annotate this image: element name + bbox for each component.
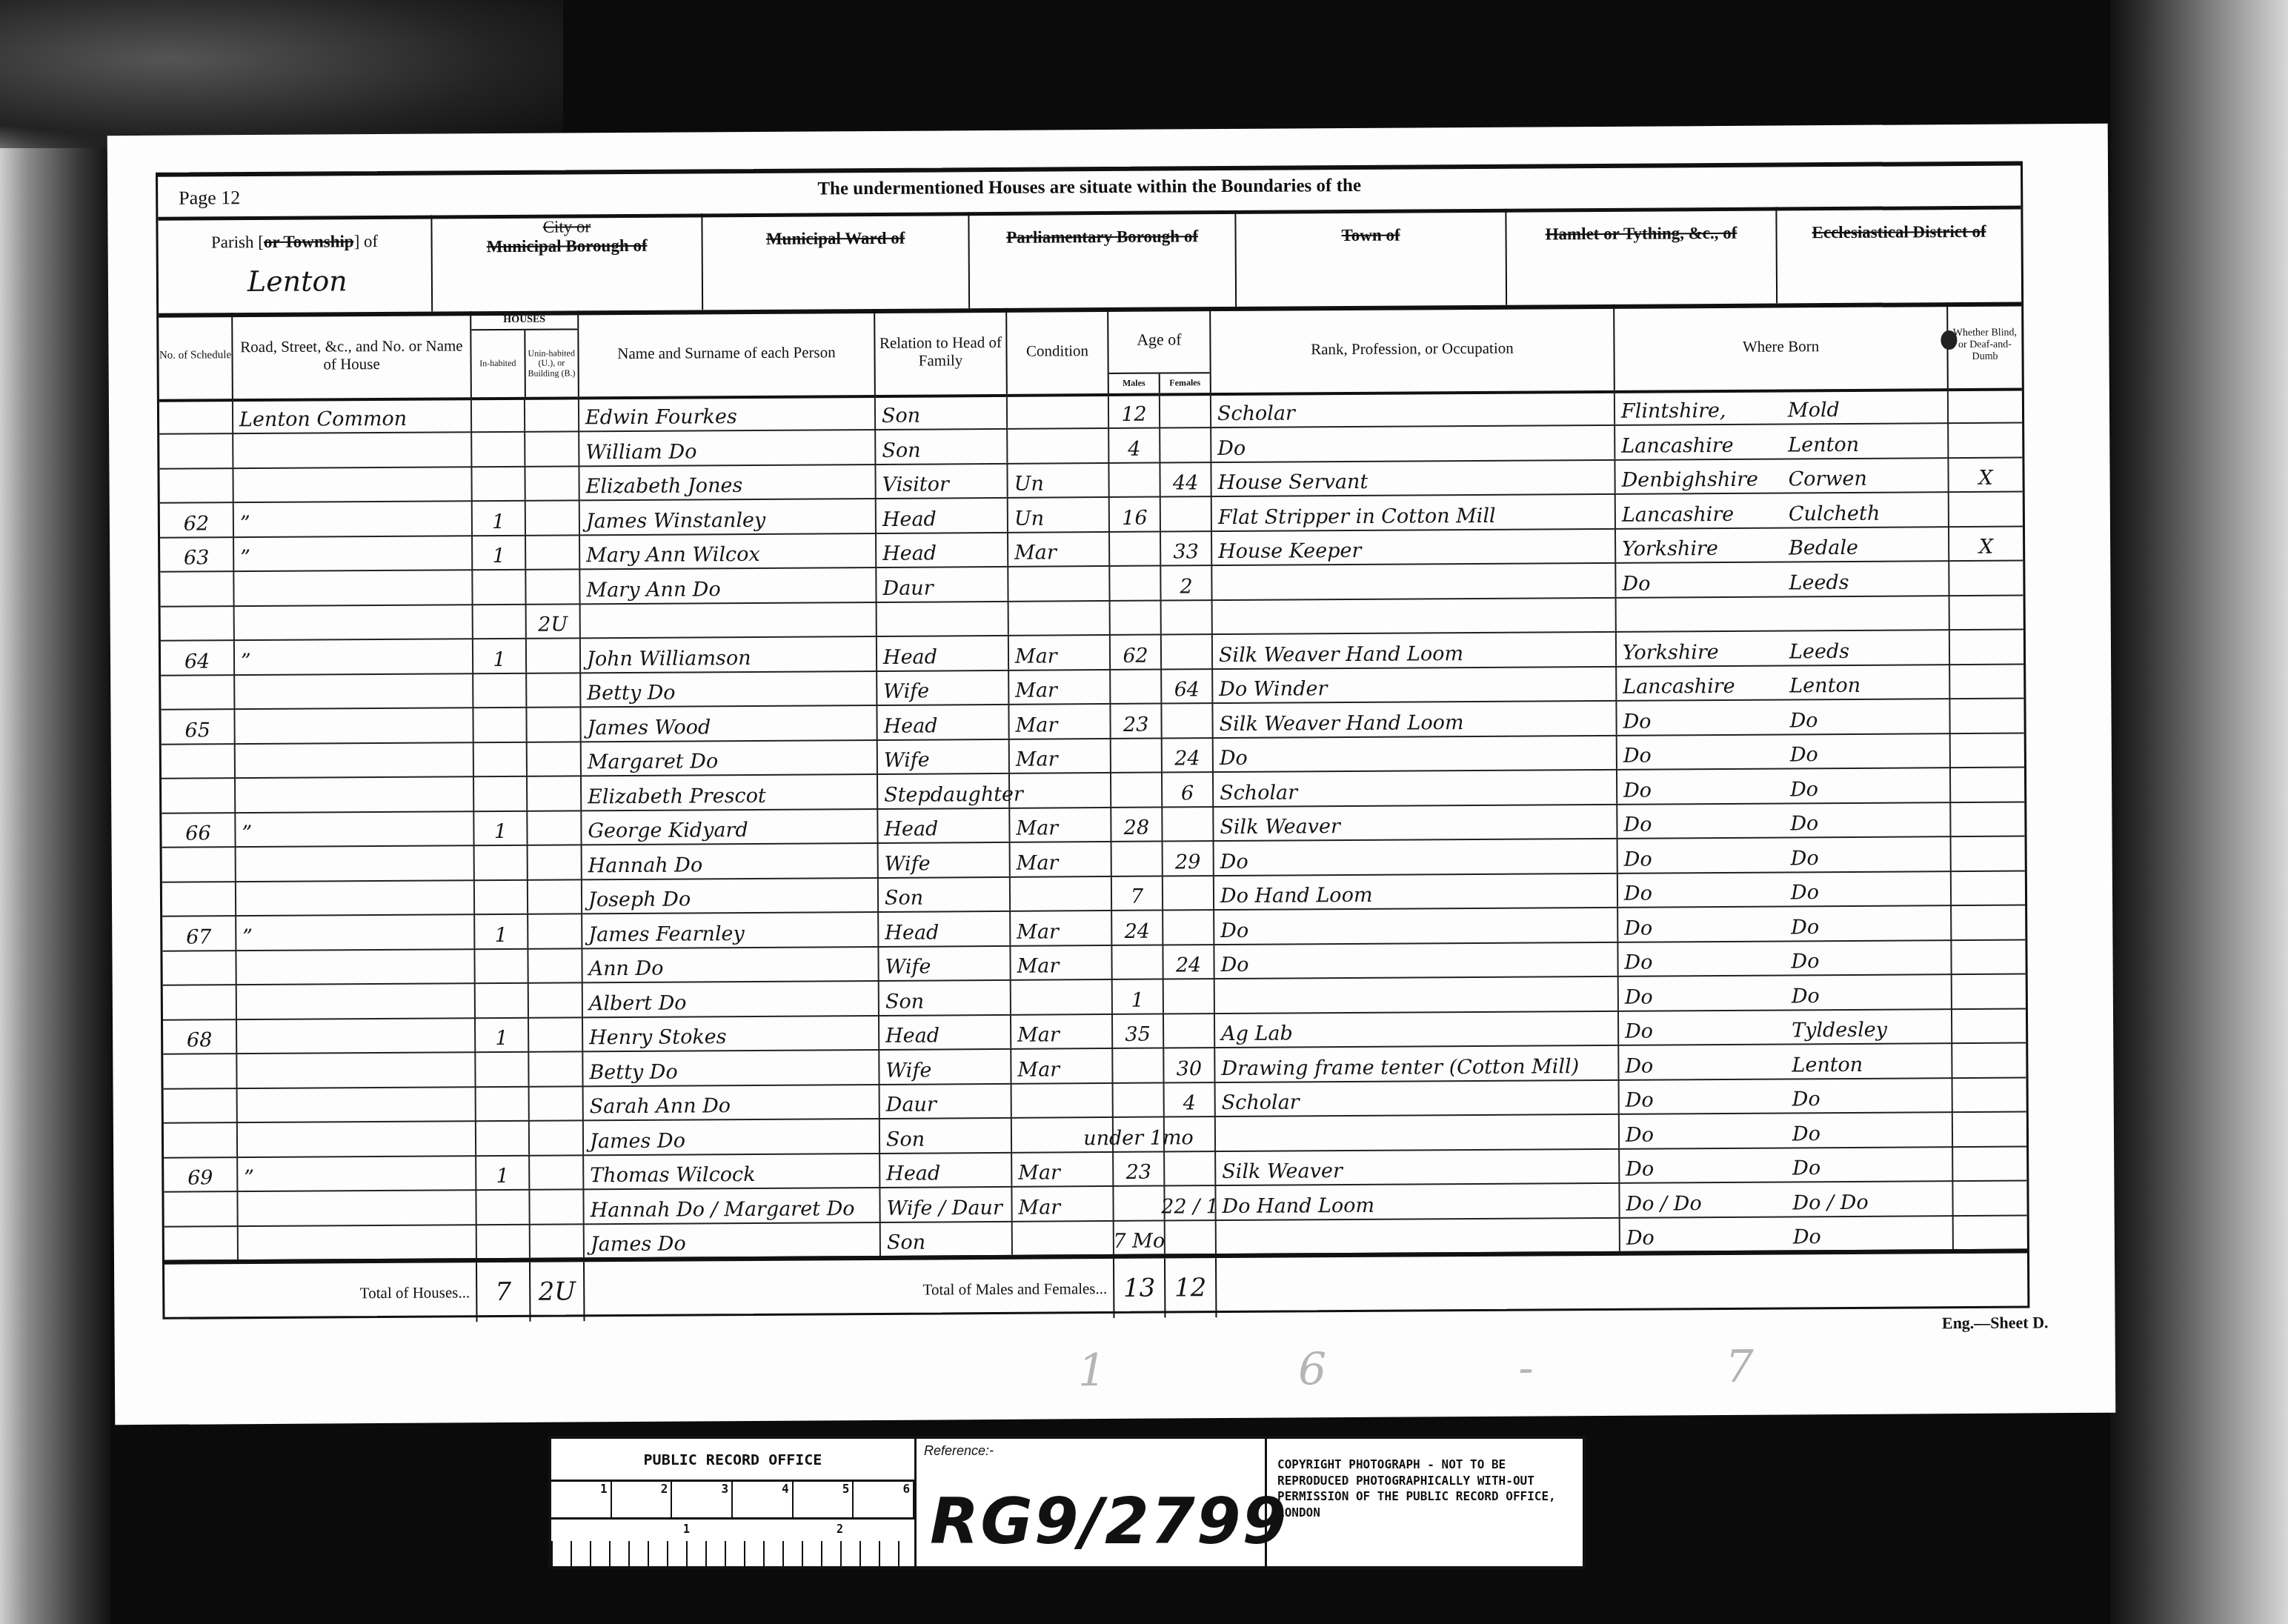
birth-place-cell: Mold xyxy=(1782,388,1949,424)
uninhabited-cell xyxy=(529,1016,583,1051)
occupation-cell: Scholar xyxy=(1214,769,1617,806)
female-age-cell: 29 xyxy=(1163,840,1214,875)
male-age-cell xyxy=(1113,1048,1164,1082)
occupation-cell: House Servant xyxy=(1211,459,1615,496)
condition-cell: Mar xyxy=(1011,1048,1113,1082)
relation-cell: Head xyxy=(879,1014,1011,1049)
birth-place-cell: Do xyxy=(1784,802,1951,837)
col-uninhabited: Unin-habited (U.), or Building (B.) xyxy=(525,330,578,396)
schedule-no-cell xyxy=(164,1122,238,1157)
birth-place-cell: Do / Do xyxy=(1786,1180,1953,1216)
person-name-cell: Ann Do xyxy=(582,946,879,982)
schedule-no-cell: 69 xyxy=(164,1157,238,1191)
road-name-cell xyxy=(239,1224,477,1259)
male-age-cell: 4 xyxy=(1109,427,1160,462)
road-name-cell xyxy=(234,570,473,605)
scan-background-left xyxy=(0,0,111,1624)
road-name-cell xyxy=(237,982,476,1018)
condition-cell: Mar xyxy=(1012,1185,1114,1220)
schedule-no-cell: 68 xyxy=(163,1019,237,1054)
birth-place-cell: Do xyxy=(1786,1077,1953,1113)
female-age-cell xyxy=(1165,1116,1216,1151)
female-age-cell xyxy=(1163,806,1214,841)
blind-mark-cell: X xyxy=(1949,525,2023,560)
occupation-cell: Do Hand Loom xyxy=(1214,873,1618,910)
boundary-hamlet: Hamlet or Tything, &c., of xyxy=(1506,207,1777,304)
birth-place-cell: Corwen xyxy=(1782,457,1949,493)
birth-county-cell: Do / Do xyxy=(1620,1181,1786,1217)
col-occupation: Rank, Profession, or Occupation xyxy=(1211,304,1615,393)
birth-place-cell: Do xyxy=(1784,733,1951,768)
birth-place-cell xyxy=(1783,595,1950,630)
boundary-parliamentary-borough: Parliamentary Borough of xyxy=(969,210,1237,308)
total-females: 12 xyxy=(1165,1258,1217,1317)
occupation-cell: Do xyxy=(1214,907,1618,944)
birth-place-cell: Do xyxy=(1786,974,1952,1009)
road-name-cell: ” xyxy=(238,1155,476,1191)
uninhabited-cell xyxy=(528,913,582,948)
total-houses-label: Total of Houses... xyxy=(164,1262,477,1324)
person-name-cell: Joseph Do xyxy=(582,877,879,913)
schedule-no-cell xyxy=(163,984,237,1019)
birth-county-cell: Do xyxy=(1619,975,1786,1011)
scan-background-right xyxy=(2110,0,2288,1624)
birth-county-cell: Do xyxy=(1620,1216,1787,1251)
birth-county-cell: Do xyxy=(1620,1113,1786,1148)
occupation-cell: Do Winder xyxy=(1213,666,1617,703)
male-age-cell xyxy=(1111,599,1162,634)
uninhabited-cell xyxy=(525,431,579,466)
birth-county-cell: Do xyxy=(1620,1147,1786,1182)
person-name-cell: James Do xyxy=(585,1221,881,1257)
male-age-cell xyxy=(1110,565,1161,600)
schedule-no-cell xyxy=(159,399,233,433)
male-age-cell xyxy=(1114,1082,1165,1116)
relation-cell: Daur xyxy=(880,1082,1012,1118)
road-name-cell xyxy=(237,1017,476,1053)
blind-mark-cell xyxy=(1952,1008,2026,1042)
male-age-cell xyxy=(1112,944,1163,979)
birth-county-cell: Do xyxy=(1619,1044,1786,1079)
punch-hole-icon xyxy=(1941,330,1957,350)
person-name-cell: Hannah Do / Margaret Do xyxy=(584,1187,880,1223)
road-name-cell xyxy=(233,466,472,502)
birth-county-cell: Do xyxy=(1617,802,1784,838)
uninhabited-cell xyxy=(527,672,581,707)
total-uninhabited: 2U xyxy=(531,1262,585,1321)
cm-scale: 1 2 3 4 5 6 xyxy=(551,1482,914,1520)
female-age-cell xyxy=(1162,599,1213,634)
condition-cell: Mar xyxy=(1008,531,1110,566)
female-age-cell: 22 / 1 xyxy=(1165,1185,1216,1219)
relation-cell: Wife xyxy=(879,1048,1011,1084)
birth-county-cell: Lancashire xyxy=(1615,424,1782,459)
blind-mark-cell: X xyxy=(1949,456,2022,491)
blind-mark-cell xyxy=(1951,732,2024,767)
relation-cell: Son xyxy=(881,1220,1013,1256)
inhabited-cell xyxy=(474,742,528,776)
uninhabited-cell xyxy=(529,982,583,1017)
relation-cell: Wife xyxy=(878,739,1010,774)
inhabited-cell xyxy=(472,397,525,432)
condition-cell xyxy=(1008,565,1110,600)
birth-place-cell: Leeds xyxy=(1783,560,1949,596)
male-age-cell xyxy=(1114,1185,1165,1220)
schedule-no-cell xyxy=(164,1191,238,1225)
condition-cell xyxy=(1008,393,1109,428)
schedule-no-cell: 65 xyxy=(161,709,235,744)
road-name-cell xyxy=(235,604,473,639)
relation-cell: Daur xyxy=(877,566,1008,602)
condition-cell xyxy=(1012,1082,1114,1117)
inhabited-cell: 1 xyxy=(474,811,528,845)
male-age-cell xyxy=(1110,530,1161,565)
birth-county-cell xyxy=(1617,596,1783,631)
blind-mark-cell xyxy=(1949,560,2023,595)
road-name-cell xyxy=(236,948,475,984)
road-name-cell xyxy=(238,1086,476,1122)
road-name-cell: ” xyxy=(234,535,473,570)
person-name-cell: George Kidyard xyxy=(582,808,878,845)
inhabited-cell xyxy=(472,431,525,466)
birth-county-cell: Flintshire, xyxy=(1615,389,1782,425)
relation-cell: Stepdaughter xyxy=(878,773,1010,808)
birth-place-cell: Lenton xyxy=(1786,1042,1952,1078)
uninhabited-cell xyxy=(527,707,581,742)
birth-county-cell: Do xyxy=(1617,733,1784,769)
condition-cell: Mar xyxy=(1010,807,1111,842)
person-name-cell: Mary Ann Wilcox xyxy=(580,533,877,569)
blind-mark-cell xyxy=(1952,905,2025,939)
female-age-cell xyxy=(1164,978,1215,1013)
female-age-cell xyxy=(1162,634,1213,669)
total-males: 13 xyxy=(1114,1259,1165,1318)
male-age-cell xyxy=(1109,462,1160,497)
relation-cell: Wife xyxy=(877,670,1009,705)
schedule-no-cell xyxy=(164,1225,239,1260)
person-name-cell: Elizabeth Prescot xyxy=(582,773,878,810)
relation-cell: Son xyxy=(876,394,1008,430)
birth-county-cell: Do xyxy=(1617,699,1783,735)
person-name-cell: Elizabeth Jones xyxy=(579,464,876,500)
schedule-no-cell xyxy=(163,1053,237,1088)
birth-county-cell: Do xyxy=(1618,906,1785,942)
person-name-cell: Hannah Do xyxy=(582,842,879,879)
birth-place-cell: Do xyxy=(1786,1111,1953,1147)
birth-county-cell: Yorkshire xyxy=(1616,527,1783,562)
condition-cell: Mar xyxy=(1011,945,1112,979)
schedule-no-cell xyxy=(161,605,235,640)
person-name-cell: William Do xyxy=(579,429,876,465)
birth-county-cell: Do xyxy=(1620,1078,1786,1114)
male-age-cell: 23 xyxy=(1111,703,1162,738)
blind-mark-cell xyxy=(1950,663,2023,698)
relation-cell: Head xyxy=(877,704,1009,739)
inhabited-cell xyxy=(476,1085,530,1120)
female-age-cell: 64 xyxy=(1162,668,1213,703)
inhabited-cell xyxy=(473,569,526,604)
relation-cell: Wife xyxy=(879,945,1011,981)
schedule-no-cell xyxy=(161,674,235,709)
male-age-cell: 12 xyxy=(1109,393,1160,428)
female-age-cell: 30 xyxy=(1164,1047,1215,1082)
scan-background-shadow xyxy=(0,0,563,148)
uninhabited-cell xyxy=(528,810,582,845)
road-name-cell xyxy=(236,845,475,880)
condition-cell xyxy=(1009,600,1111,635)
col-houses: HOUSES In-habited Unin-habited (U.), or … xyxy=(471,310,579,397)
relation-cell: Son xyxy=(880,1117,1012,1153)
occupation-cell xyxy=(1212,562,1616,599)
male-age-cell: 7 xyxy=(1112,875,1163,910)
uninhabited-cell xyxy=(531,1223,585,1258)
male-age-cell: 7 Mo xyxy=(1114,1219,1165,1254)
inhabited-cell xyxy=(476,982,529,1017)
census-form: Page 12 The undermentioned Houses are si… xyxy=(156,161,2029,1319)
blind-mark-cell xyxy=(1951,801,2024,836)
inhabited-cell: 1 xyxy=(476,1016,529,1051)
col-males: Males xyxy=(1109,374,1160,393)
blind-mark-cell xyxy=(1949,387,2022,422)
condition-cell: Un xyxy=(1008,462,1109,497)
relation-cell: Head xyxy=(878,808,1010,843)
person-name-cell: James Wood xyxy=(581,705,877,741)
table-header: No. of Schedule Road, Street, &c., and N… xyxy=(159,302,2022,402)
male-age-cell: 28 xyxy=(1111,806,1163,841)
person-name-cell: Margaret Do xyxy=(582,739,878,776)
inhabited-cell xyxy=(473,673,527,708)
inhabited-cell: 1 xyxy=(475,913,528,948)
blind-mark-cell xyxy=(1952,974,2026,1008)
boundary-parish: Parish [or Township] of Lenton xyxy=(158,216,433,313)
birth-county-cell: Do xyxy=(1616,562,1783,597)
blind-mark-cell xyxy=(1952,870,2025,905)
uninhabited-cell xyxy=(530,1188,584,1223)
uninhabited-cell xyxy=(526,534,580,569)
inhabited-cell xyxy=(472,466,525,501)
blind-mark-cell xyxy=(1950,698,2023,733)
uninhabited-cell xyxy=(525,396,579,431)
birth-place-cell: Lenton xyxy=(1782,423,1949,459)
birth-place-cell: Do xyxy=(1785,836,1952,871)
blind-mark-cell xyxy=(1949,491,2023,526)
birth-place-cell: Do xyxy=(1785,905,1952,940)
birth-county-cell: Do xyxy=(1618,837,1785,873)
road-name-cell xyxy=(236,776,474,812)
uninhabited-cell xyxy=(528,879,582,913)
uninhabited-cell xyxy=(528,948,582,982)
blind-mark-cell xyxy=(1950,629,2023,664)
male-age-cell: 62 xyxy=(1111,634,1162,669)
condition-cell: Mar xyxy=(1009,669,1111,704)
occupation-cell: Drawing frame tenter (Cotton Mill) xyxy=(1215,1045,1619,1082)
male-age-cell xyxy=(1111,737,1163,772)
blind-mark-cell xyxy=(1949,422,2022,457)
birth-place-cell: Bedale xyxy=(1783,526,1949,562)
occupation-cell: Flat Stripper in Cotton Mill xyxy=(1212,493,1616,530)
road-name-cell xyxy=(238,1120,476,1156)
public-record-office-label: PUBLIC RECORD OFFICE 1 2 3 4 5 6 1 2 Ref… xyxy=(548,1436,1586,1569)
condition-cell: Mar xyxy=(1009,703,1111,738)
relation-cell: Visitor xyxy=(876,463,1008,499)
boundary-ecclesiastical-district: Ecclesiastical District of xyxy=(1777,205,2021,303)
blind-mark-cell xyxy=(1952,939,2025,974)
condition-cell: Mar xyxy=(1010,738,1111,773)
struck-label: or Township xyxy=(264,232,354,251)
road-name-cell xyxy=(238,1189,476,1225)
inhabited-cell xyxy=(473,707,527,742)
boundary-municipal-borough: City or Municipal Borough of xyxy=(432,213,703,311)
female-age-cell: 2 xyxy=(1161,565,1212,600)
birth-place-cell: Leeds xyxy=(1783,629,1950,665)
schedule-no-cell xyxy=(162,743,236,778)
female-age-cell xyxy=(1165,1151,1216,1185)
pro-scale-panel: PUBLIC RECORD OFFICE 1 2 3 4 5 6 1 2 xyxy=(551,1439,917,1566)
uninhabited-cell xyxy=(530,1154,584,1189)
person-name-cell: Edwin Fourkes xyxy=(579,395,876,431)
birth-place-cell: Do xyxy=(1785,939,1952,975)
birth-county-cell: Lancashire xyxy=(1617,665,1783,700)
person-name-cell: Sarah Ann Do xyxy=(584,1084,880,1120)
female-age-cell: 24 xyxy=(1163,944,1214,979)
occupation-cell: Silk Weaver xyxy=(1214,804,1617,841)
condition-cell: Mar xyxy=(1009,634,1111,669)
road-name-cell xyxy=(233,432,472,467)
uninhabited-cell xyxy=(529,1051,583,1085)
condition-cell xyxy=(1013,1220,1114,1255)
person-name-cell: Mary Ann Do xyxy=(580,567,877,603)
female-age-cell: 24 xyxy=(1163,737,1214,772)
road-name-cell: ” xyxy=(236,913,475,949)
inhabited-cell: 1 xyxy=(473,500,526,535)
condition-cell xyxy=(1008,427,1109,462)
person-name-cell: John Williamson xyxy=(581,636,877,672)
inch-scale: 1 2 xyxy=(551,1520,914,1566)
inhabited-cell: 1 xyxy=(476,1154,530,1189)
reference-panel: Reference:- RG9/2799 xyxy=(917,1439,1267,1566)
birth-place-cell: Do xyxy=(1785,871,1952,906)
relation-cell xyxy=(877,601,1009,636)
col-road: Road, Street, &c., and No. or Name of Ho… xyxy=(233,311,472,399)
female-age-cell xyxy=(1160,393,1211,427)
schedule-no-cell xyxy=(159,467,233,502)
occupation-cell: Do xyxy=(1214,838,1618,875)
female-age-cell xyxy=(1160,427,1211,462)
col-name: Name and Surname of each Person xyxy=(579,309,876,396)
occupation-cell: Scholar xyxy=(1216,1079,1620,1116)
female-age-cell xyxy=(1164,1013,1215,1048)
male-age-cell: 23 xyxy=(1114,1151,1165,1185)
birth-county-cell: Do xyxy=(1618,940,1785,976)
person-name-cell: James Do xyxy=(584,1118,880,1154)
road-name-cell: ” xyxy=(236,811,474,846)
inhabited-cell xyxy=(473,604,527,639)
female-age-cell xyxy=(1163,909,1214,944)
relation-cell: Head xyxy=(880,1151,1012,1187)
blind-mark-cell xyxy=(1951,767,2024,802)
birth-place-cell: Do xyxy=(1784,767,1951,802)
pro-title: PUBLIC RECORD OFFICE xyxy=(551,1439,914,1482)
blind-mark-cell xyxy=(1950,594,2023,629)
male-age-cell xyxy=(1112,841,1163,876)
col-condition: Condition xyxy=(1007,307,1109,394)
female-age-cell xyxy=(1165,1219,1217,1254)
male-age-cell: 1 xyxy=(1113,979,1164,1014)
uninhabited-cell xyxy=(528,845,582,879)
col-where-born: Where Born xyxy=(1614,302,1949,390)
col-females: Females xyxy=(1160,373,1210,393)
female-age-cell xyxy=(1161,496,1212,531)
inhabited-cell: 1 xyxy=(473,535,526,570)
female-age-cell xyxy=(1162,702,1213,737)
female-age-cell xyxy=(1163,875,1214,910)
birth-place-cell: Culcheth xyxy=(1783,492,1949,528)
relation-cell: Head xyxy=(877,532,1008,568)
occupation-cell: Do xyxy=(1211,425,1615,462)
person-name-cell: James Fearnley xyxy=(582,911,879,948)
inhabited-cell xyxy=(477,1223,531,1258)
birth-place-cell: Tyldesley xyxy=(1786,1008,1952,1044)
birth-county-cell: Denbighshire xyxy=(1615,458,1782,493)
uninhabited-cell xyxy=(526,500,580,535)
uninhabited-cell xyxy=(525,465,579,500)
condition-cell: Mar xyxy=(1012,1151,1114,1186)
road-name-cell xyxy=(236,742,474,777)
male-age-cell xyxy=(1111,668,1162,703)
uninhabited-cell xyxy=(528,776,582,811)
uninhabited-cell xyxy=(527,638,581,673)
schedule-no-cell xyxy=(162,777,236,812)
schedule-no-cell xyxy=(162,950,236,985)
birth-place-cell: Do xyxy=(1786,1146,1953,1182)
condition-cell: Mar xyxy=(1011,841,1112,876)
person-name-cell: Thomas Wilcock xyxy=(584,1152,880,1188)
totals-blank xyxy=(1217,1253,2027,1317)
blind-mark-cell xyxy=(1953,1179,2026,1214)
person-name-cell: Henry Stokes xyxy=(583,1015,879,1051)
birth-place-cell: Do xyxy=(1783,698,1950,733)
uninhabited-cell xyxy=(530,1085,584,1120)
male-age-cell: 35 xyxy=(1113,1013,1164,1048)
male-age-cell: under 1mo xyxy=(1114,1116,1165,1151)
male-age-cell: 24 xyxy=(1112,910,1163,945)
parish-value: Lenton xyxy=(247,264,347,298)
road-name-cell: ” xyxy=(234,501,473,536)
schedule-no-cell: 62 xyxy=(160,502,234,537)
blind-mark-cell xyxy=(1952,836,2025,871)
road-name-cell xyxy=(235,673,473,708)
schedule-no-cell: 66 xyxy=(162,812,236,847)
condition-cell xyxy=(1011,979,1113,1014)
occupation-cell: Ag Lab xyxy=(1215,1010,1619,1047)
relation-cell: Wife / Daur xyxy=(880,1186,1012,1222)
condition-cell: Un xyxy=(1008,496,1110,531)
birth-place-cell: Lenton xyxy=(1783,664,1950,699)
birth-county-cell: Do xyxy=(1619,1009,1786,1045)
boundary-town: Town of xyxy=(1236,209,1507,307)
col-relation: Relation to Head of Family xyxy=(875,308,1008,395)
col-inhabited: In-habited xyxy=(471,330,525,397)
blind-mark-cell xyxy=(1953,1076,2026,1111)
schedule-no-cell xyxy=(162,881,236,916)
inhabited-cell xyxy=(475,845,528,879)
copyright-notice: COPYRIGHT PHOTOGRAPH - NOT TO BE REPRODU… xyxy=(1267,1439,1583,1566)
blind-mark-cell xyxy=(1952,1042,2026,1077)
table-body: Lenton CommonEdwin FourkesSon12ScholarFl… xyxy=(159,387,2027,1259)
person-name-cell: Albert Do xyxy=(583,980,879,1016)
total-inhabited: 7 xyxy=(477,1262,531,1322)
faint-pencil-marks: 1 6 - 7 xyxy=(1078,1340,1843,1397)
